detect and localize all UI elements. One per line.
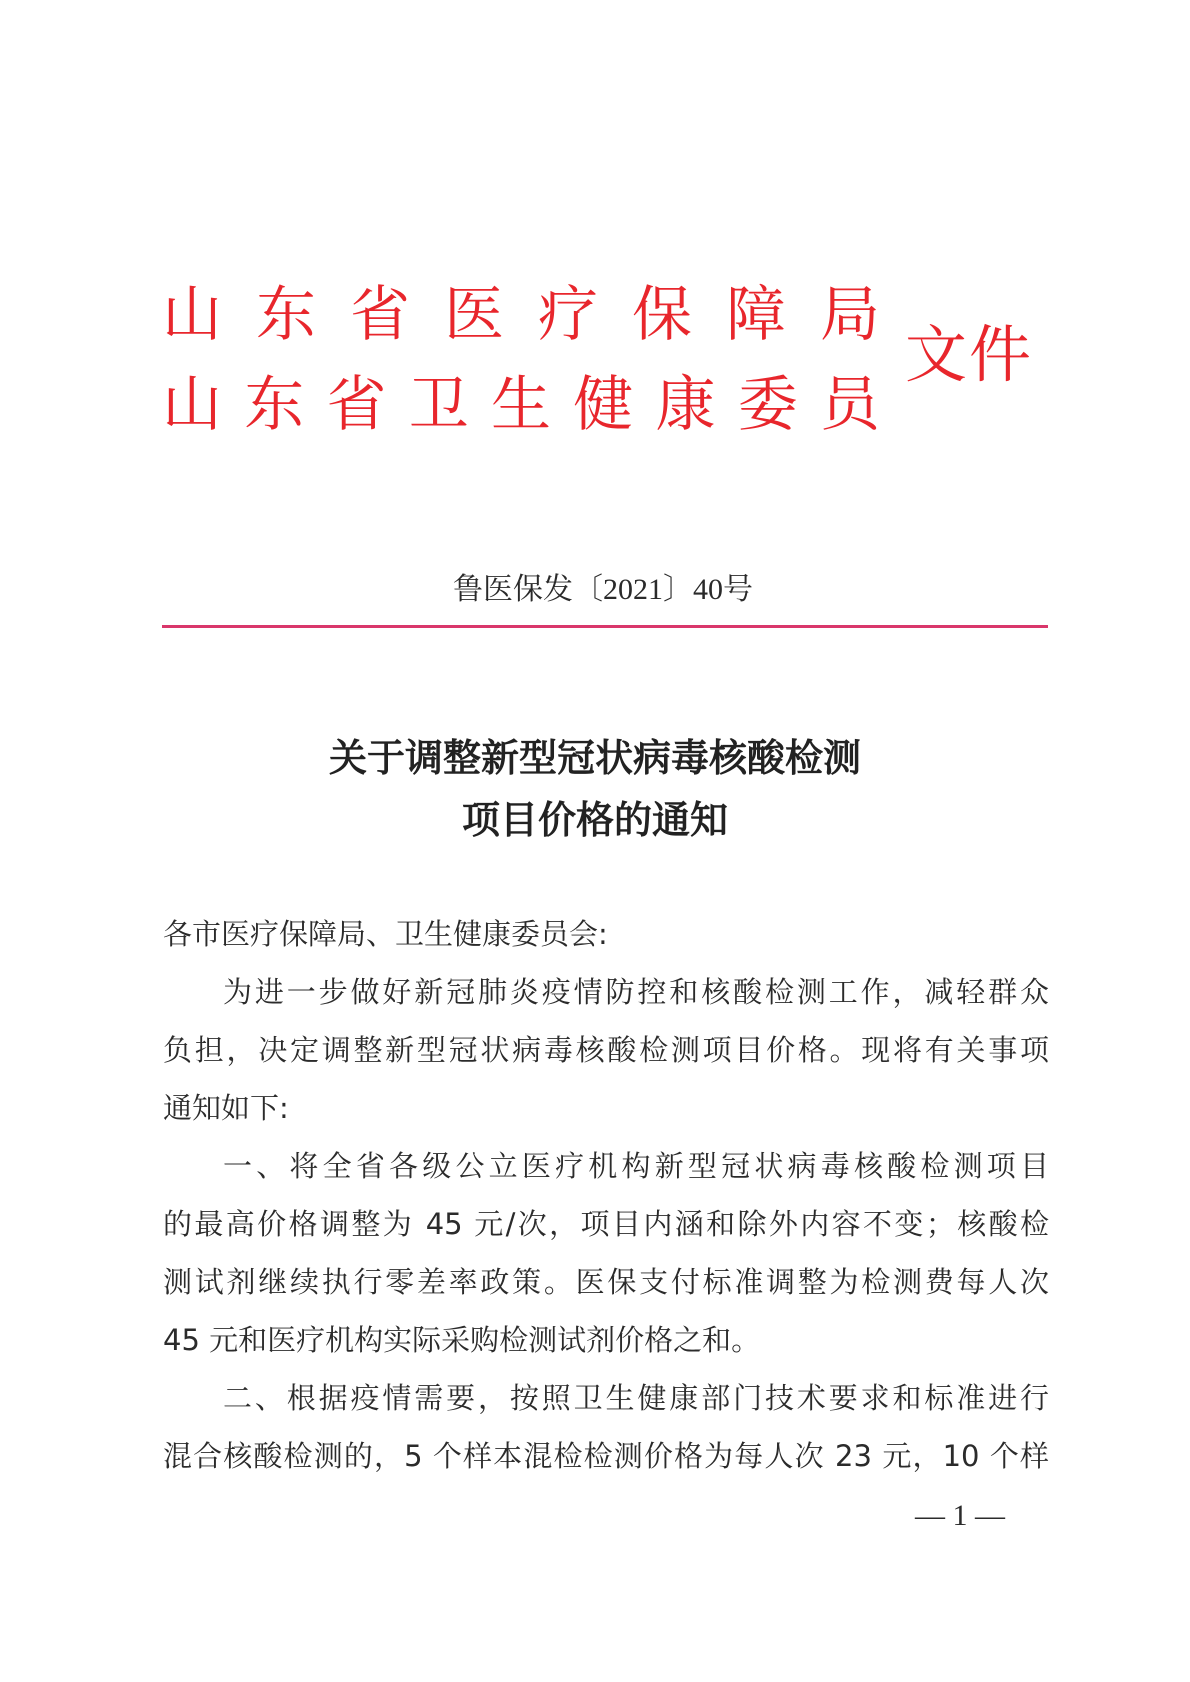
document-page: 山 东 省 医 疗 保 障 局 山 东 省 卫 生 健 康 委 员 文件 鲁医保… (0, 0, 1190, 1682)
issuer-char: 东 (242, 373, 306, 437)
body-line: 为进一步做好新冠肺炎疫情防控和核酸检测工作，减轻群众 (163, 970, 1049, 1028)
issuer-char: 健 (571, 373, 635, 437)
header-suffix-document: 文件 (905, 322, 1033, 388)
body-line: 的最高价格调整为 45 元/次，项目内涵和除外内容不变；核酸检 (163, 1202, 1049, 1260)
page-number: — 1 — (915, 1498, 1005, 1534)
issuer-line-health-commission: 山 东 省 卫 生 健 康 委 员 (160, 373, 882, 437)
document-number: 鲁医保发〔2021〕40号 (0, 572, 1190, 608)
body-line: 各市医疗保障局、卫生健康委员会: (163, 912, 1049, 970)
title-line-2: 项目价格的通知 (0, 798, 1190, 842)
body-line: 混合核酸检测的，5 个样本混检检测价格为每人次 23 元，10 个样 (163, 1434, 1049, 1492)
body-line: 二、根据疫情需要，按照卫生健康部门技术要求和标准进行 (163, 1376, 1049, 1434)
issuer-char: 医 (442, 283, 506, 347)
title-line-1: 关于调整新型冠状病毒核酸检测 (0, 736, 1190, 780)
issuer-char: 省 (325, 373, 389, 437)
body-line: 负担，决定调整新型冠状病毒核酸检测项目价格。现将有关事项 (163, 1028, 1049, 1086)
issuer-char: 卫 (407, 373, 471, 437)
issuer-char: 东 (254, 283, 318, 347)
issuer-char: 康 (654, 373, 718, 437)
body-line: 45 元和医疗机构实际采购检测试剂价格之和。 (163, 1318, 1049, 1376)
issuer-char: 山 (160, 373, 224, 437)
issuer-line-medical-security-bureau: 山 东 省 医 疗 保 障 局 (160, 283, 882, 347)
body-text: 各市医疗保障局、卫生健康委员会:为进一步做好新冠肺炎疫情防控和核酸检测工作，减轻… (163, 912, 1049, 1492)
issuer-char: 生 (489, 373, 553, 437)
body-line: 一、将全省各级公立医疗机构新型冠状病毒核酸检测项目 (163, 1144, 1049, 1202)
document-number-text: 鲁医保发〔2021〕40号 (453, 573, 753, 606)
issuer-char: 员 (818, 373, 882, 437)
issuer-char: 保 (630, 283, 694, 347)
body-line: 测试剂继续执行零差率政策。医保支付标准调整为检测费每人次 (163, 1260, 1049, 1318)
issuer-char: 局 (818, 283, 882, 347)
issuer-char: 障 (724, 283, 788, 347)
body-line: 通知如下: (163, 1086, 1049, 1144)
issuer-char: 疗 (536, 283, 600, 347)
issuer-char: 山 (160, 283, 224, 347)
red-divider-rule (162, 625, 1048, 628)
issuer-char: 省 (348, 283, 412, 347)
issuer-char: 委 (736, 373, 800, 437)
